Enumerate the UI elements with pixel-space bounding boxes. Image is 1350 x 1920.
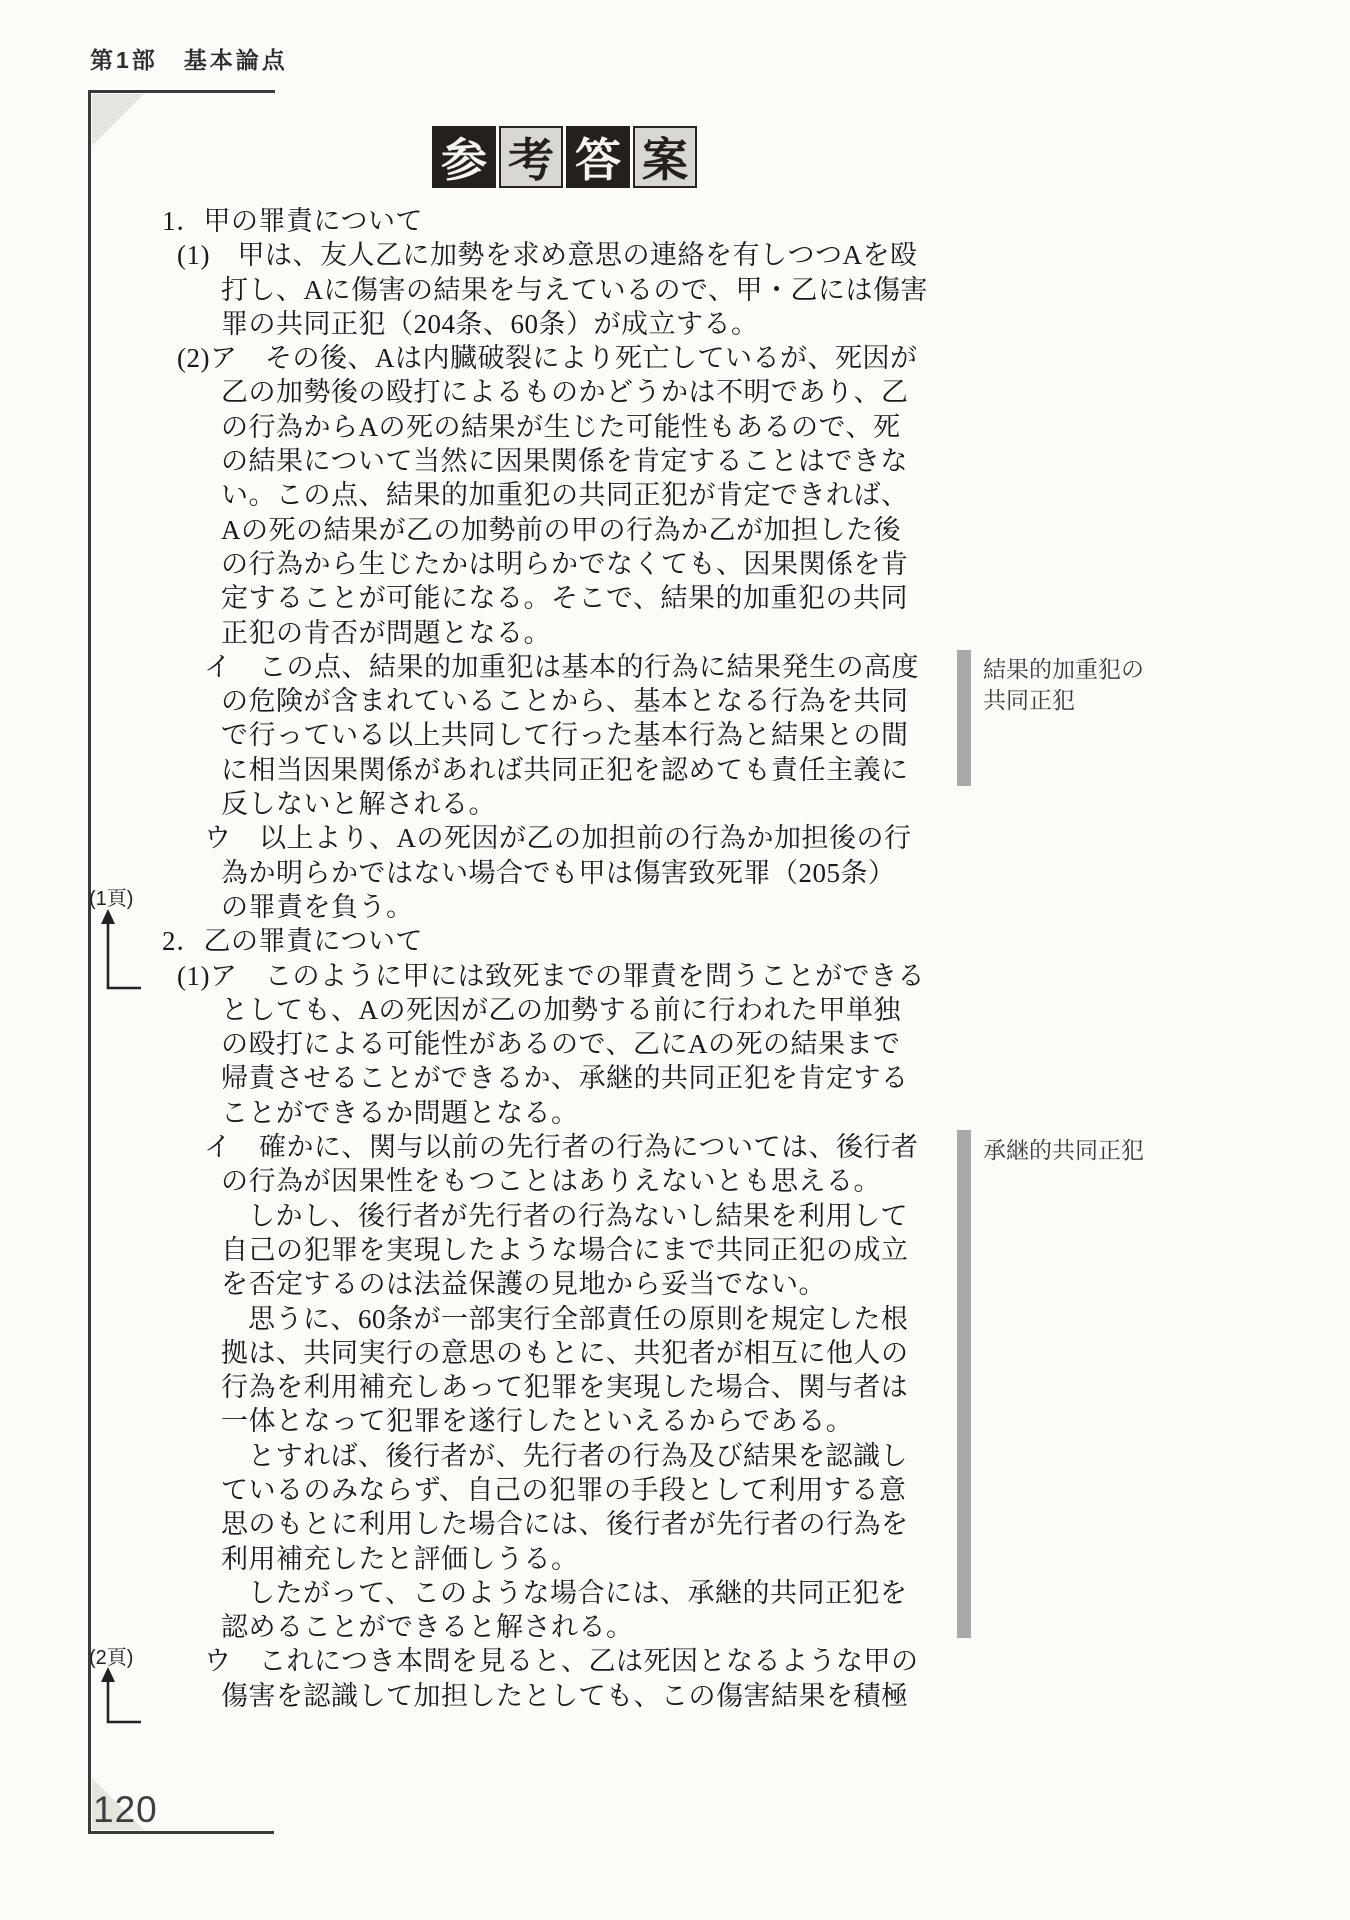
bottom-rule <box>88 1831 274 1834</box>
answer-text-line: 定することが可能になる。そこで、結果的加重犯の共同 <box>0 581 1350 615</box>
page-number: 120 <box>93 1789 158 1831</box>
answer-text-line: とすれば、後行者が、先行者の行為及び結果を認識し <box>0 1439 1350 1473</box>
answer-text-line: 帰責させることができるか、承継的共同正犯を肯定する <box>0 1061 1350 1095</box>
answer-text-line: しかし、後行者が先行者の行為ないし結果を利用して <box>0 1199 1350 1233</box>
answer-text-line: で行っている以上共同して行った基本行為と結果との間 <box>0 718 1350 752</box>
margin-note: 承継的共同正犯 <box>983 1135 1144 1166</box>
answer-text-line: 2．乙の罪責について <box>0 924 1350 958</box>
margin-note-line: 承継的共同正犯 <box>983 1135 1144 1166</box>
margin-note-bar <box>957 1130 971 1638</box>
answer-text-line: 正犯の肯否が問題となる。 <box>0 616 1350 650</box>
answer-text-line: ことができるか問題となる。 <box>0 1096 1350 1130</box>
answer-text-line: い。この点、結果的加重犯の共同正犯が肯定できれば、 <box>0 478 1350 512</box>
answer-text-line: 反しないと解される。 <box>0 787 1350 821</box>
answer-text-line: 為か明らかではない場合でも甲は傷害致死罪（205条） <box>0 856 1350 890</box>
answer-text-line: の罪責を負う。 <box>0 890 1350 924</box>
answer-text-line: 罪の共同正犯（204条、60条）が成立する。 <box>0 307 1350 341</box>
answer-text-line: Aの死の結果が乙の加勢前の甲の行為か乙が加担した後 <box>0 513 1350 547</box>
answer-text-line: としても、Aの死因が乙の加勢する前に行われた甲単独 <box>0 993 1350 1027</box>
answer-text-line: 打し、Aに傷害の結果を与えているので、甲・乙には傷害 <box>0 273 1350 307</box>
answer-text-line: (1)ア このように甲には致死までの罪責を問うことができる <box>0 959 1350 993</box>
title-char-box: 案 <box>633 126 697 188</box>
title-char-box: 考 <box>499 126 563 188</box>
answer-text-line: ウ これにつき本問を見ると、乙は死因となるような甲の <box>0 1644 1350 1678</box>
answer-text-line: の行為が因果性をもつことはありえないとも思える。 <box>0 1164 1350 1198</box>
answer-text-line: の結果について当然に因果関係を肯定することはできな <box>0 444 1350 478</box>
answer-text-line: (2)ア その後、Aは内臓破裂により死亡しているが、死因が <box>0 341 1350 375</box>
title-char-box: 参 <box>432 126 496 188</box>
answer-text-line: の危険が含まれていることから、基本となる行為を共同 <box>0 684 1350 718</box>
page-break-arrow-icon <box>96 1666 146 1726</box>
answer-text-line: 思うに、60条が一部実行全部責任の原則を規定した根 <box>0 1302 1350 1336</box>
answer-text-line: の行為からAの死の結果が生じた可能性もあるので、死 <box>0 410 1350 444</box>
answer-text-line: に相当因果関係があれば共同正犯を認めても責任主義に <box>0 753 1350 787</box>
boxed-title: 参考答案 <box>432 126 697 188</box>
page-break-arrow-icon <box>96 908 146 992</box>
margin-note: 結果的加重犯の共同正犯 <box>983 654 1144 716</box>
answer-text-line: イ この点、結果的加重犯は基本的行為に結果発生の高度 <box>0 650 1350 684</box>
header-rule <box>89 90 275 93</box>
answer-text-line: 行為を利用補充しあって犯罪を実現した場合、関与者は <box>0 1370 1350 1404</box>
answer-text-line: ているのみならず、自己の犯罪の手段として利用する意 <box>0 1473 1350 1507</box>
answer-text-line: の行為から生じたかは明らかでなくても、因果関係を肯 <box>0 547 1350 581</box>
answer-text-line: を否定するのは法益保護の見地から妥当でない。 <box>0 1267 1350 1301</box>
title-char-box: 答 <box>566 126 630 188</box>
answer-text-line: 認めることができると解される。 <box>0 1610 1350 1644</box>
answer-text-line: ウ 以上より、Aの死因が乙の加担前の行為か加担後の行 <box>0 821 1350 855</box>
book-page: 第1部 基本論点 参考答案 1．甲の罪責について(1) 甲は、友人乙に加勢を求め… <box>0 0 1350 1920</box>
margin-note-line: 結果的加重犯の <box>983 654 1144 685</box>
answer-text-line: の殴打による可能性があるので、乙にAの死の結果まで <box>0 1027 1350 1061</box>
corner-triangle-top <box>92 94 144 146</box>
answer-text-line: 拠は、共同実行の意思のもとに、共犯者が相互に他人の <box>0 1336 1350 1370</box>
answer-body: 1．甲の罪責について(1) 甲は、友人乙に加勢を求め意思の連絡を有しつつAを殴打… <box>0 204 1350 1713</box>
answer-text-line: したがって、このような場合には、承継的共同正犯を <box>0 1576 1350 1610</box>
margin-note-bar <box>957 650 971 786</box>
answer-text-line: 自己の犯罪を実現したような場合にまで共同正犯の成立 <box>0 1233 1350 1267</box>
margin-note-line: 共同正犯 <box>983 685 1144 716</box>
page-break-marker: (1頁) <box>89 882 133 911</box>
answer-text-line: 思のもとに利用した場合には、後行者が先行者の行為を <box>0 1507 1350 1541</box>
answer-text-line: 一体となって犯罪を遂行したといえるからである。 <box>0 1404 1350 1438</box>
answer-text-line: 乙の加勢後の殴打によるものかどうかは不明であり、乙 <box>0 375 1350 409</box>
answer-text-line: 1．甲の罪責について <box>0 204 1350 238</box>
answer-text-line: 利用補充したと評価しうる。 <box>0 1542 1350 1576</box>
answer-text-line: (1) 甲は、友人乙に加勢を求め意思の連絡を有しつつAを殴 <box>0 238 1350 272</box>
chapter-header: 第1部 基本論点 <box>90 42 288 75</box>
answer-text-line: 傷害を認識して加担したとしても、この傷害結果を積極 <box>0 1679 1350 1713</box>
answer-text-line: イ 確かに、関与以前の先行者の行為については、後行者 <box>0 1130 1350 1164</box>
